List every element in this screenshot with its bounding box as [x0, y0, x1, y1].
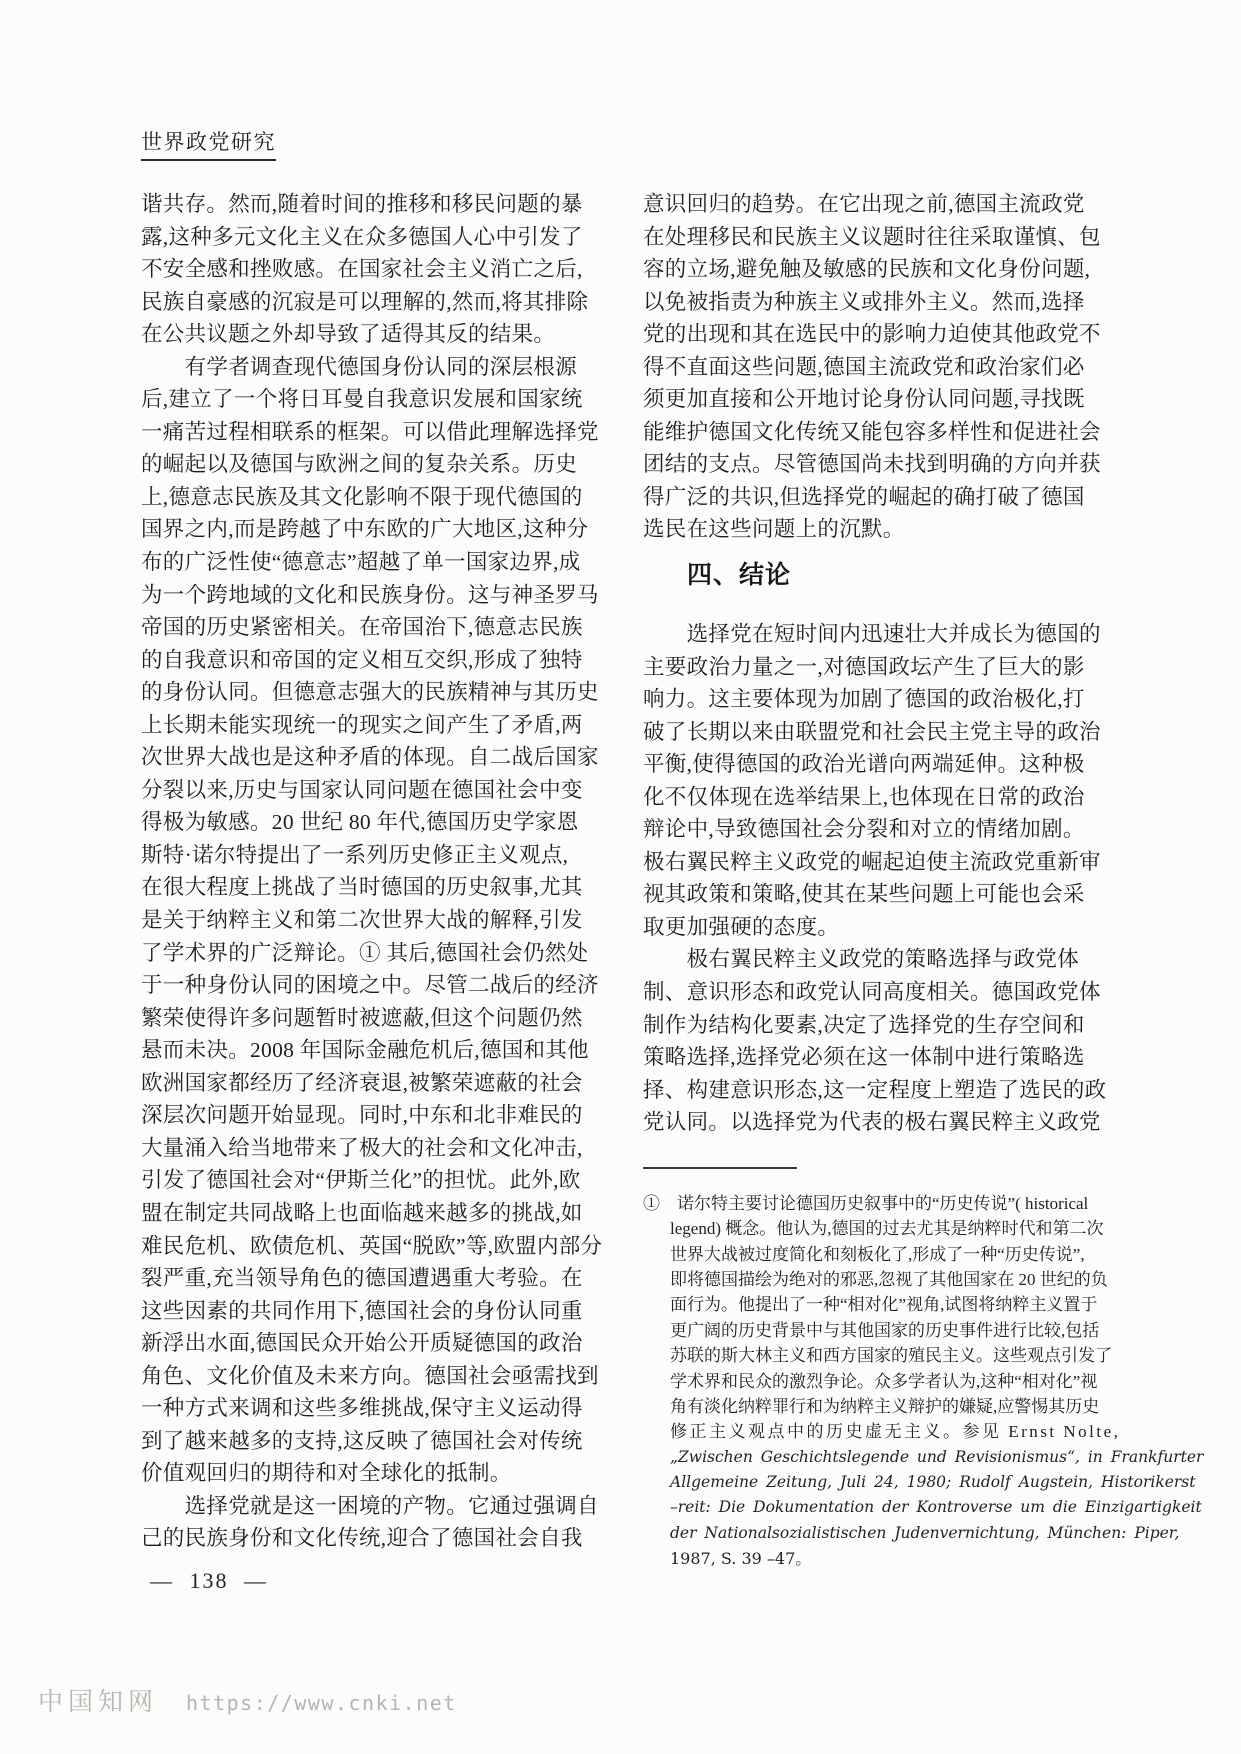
footnote: ① 诺尔特主要讨论德国历史叙事中的“历史传说”( historicallegen… — [643, 1191, 1104, 1572]
text-line: 分裂以来,历史与国家认同问题在德国社会中变 — [141, 774, 597, 807]
text-line: 斯特·诺尔特提出了一系列历史修正主义观点, — [141, 839, 597, 872]
text-line: 一痛苦过程相联系的框架。可以借此理解选择党 — [141, 416, 597, 449]
text-line: 布的广泛性使“德意志”超越了单一国家边界,成 — [141, 546, 597, 579]
text-line: 能维护德国文化传统又能包容多样性和促进社会 — [643, 416, 1104, 449]
text-line: 后,建立了一个将日耳曼自我意识发展和国家统 — [141, 383, 597, 416]
text-line: 平衡,使得德国的政治光谱向两端延伸。这种极 — [643, 748, 1104, 781]
text-line: 的身份认同。但德意志强大的民族精神与其历史 — [141, 676, 597, 709]
text-line: 裂严重,充当领导角色的德国遭遇重大考验。在 — [141, 1262, 597, 1295]
text-line: 难民危机、欧债危机、英国“脱欧”等,欧盟内部分 — [141, 1230, 597, 1263]
text-line: 为一个跨地域的文化和民族身份。这与神圣罗马 — [141, 579, 597, 612]
text-line: 以免被指责为种族主义或排外主义。然而,选择 — [643, 286, 1104, 319]
footnote-line: „Zwischen Geschichtslegende und Revision… — [643, 1445, 1104, 1470]
text-line: 制作为结构化要素,决定了选择党的生存空间和 — [643, 1009, 1104, 1042]
text-line: 在很大程度上挑战了当时德国的历史叙事,尤其 — [141, 871, 597, 904]
text-line: 得广泛的共识,但选择党的崛起的确打破了德国 — [643, 481, 1104, 514]
text-line: 选择党就是这一困境的产物。它通过强调自 — [141, 1490, 597, 1523]
text-line: 欧洲国家都经历了经济衰退,被繁荣遮蔽的社会 — [141, 1067, 597, 1100]
footnote-line: 1987, S. 39 –47。 — [643, 1546, 1104, 1571]
watermark-url: https://www.cnki.net — [186, 1691, 457, 1715]
left-column: 谐共存。然而,随着时间的推移和移民问题的暴露,这种多元文化主义在众多德国人心中引… — [141, 188, 597, 1555]
watermark: 中国知网 https://www.cnki.net — [38, 1682, 457, 1718]
watermark-brand: 中国知网 — [38, 1682, 158, 1718]
text-line: 选民在这些问题上的沉默。 — [643, 513, 1104, 546]
text-line: 盟在制定共同战略上也面临越来越多的挑战,如 — [141, 1197, 597, 1230]
text-line: 的自我意识和帝国的定义相互交织,形成了独特 — [141, 644, 597, 677]
footnote-line: der Nationalsozialistischen Judenvernich… — [643, 1521, 1104, 1546]
footnote-separator — [643, 1167, 797, 1169]
text-line: 价值观回归的期待和对全球化的抵制。 — [141, 1457, 597, 1490]
text-line: 党的出现和其在选民中的影响力迫使其他政党不 — [643, 318, 1104, 351]
footnote-line: 修正主义观点中的历史虚无主义。参见 Ernst Nolte, — [643, 1419, 1104, 1444]
text-line: 极右翼民粹主义政党的策略选择与政党体 — [643, 943, 1104, 976]
text-line: 上,德意志民族及其文化影响不限于现代德国的 — [141, 481, 597, 514]
text-line: 主要政治力量之一,对德国政坛产生了巨大的影 — [643, 651, 1104, 684]
text-line: 在处理移民和民族主义议题时往往采取谨慎、包 — [643, 221, 1104, 254]
text-line: 谐共存。然而,随着时间的推移和移民问题的暴 — [141, 188, 597, 221]
text-line: 须更加直接和公开地讨论身份认同问题,寻找既 — [643, 383, 1104, 416]
text-line: 民族自豪感的沉寂是可以理解的,然而,将其排除 — [141, 286, 597, 319]
footnote-line: ① 诺尔特主要讨论德国历史叙事中的“历史传说”( historical — [643, 1191, 1104, 1216]
footnote-line: legend) 概念。他认为,德国的过去尤其是纳粹时代和第二次 — [643, 1216, 1104, 1241]
page-number: — 138 — — [150, 1566, 268, 1596]
text-line: 角色、文化价值及未来方向。德国社会亟需找到 — [141, 1360, 597, 1393]
text-line: 深层次问题开始显现。同时,中东和北非难民的 — [141, 1099, 597, 1132]
text-line: 策略选择,选择党必须在这一体制中进行策略选 — [643, 1041, 1104, 1074]
text-line: 这些因素的共同作用下,德国社会的身份认同重 — [141, 1295, 597, 1328]
text-line: 党认同。以选择党为代表的极右翼民粹主义政党 — [643, 1106, 1104, 1139]
text-line: 上长期未能实现统一的现实之间产生了矛盾,两 — [141, 709, 597, 742]
text-line: 次世界大战也是这种矛盾的体现。自二战后国家 — [141, 741, 597, 774]
footnote-line: –reit: Die Dokumentation der Kontroverse… — [643, 1495, 1104, 1520]
text-line: 团结的支点。尽管德国尚未找到明确的方向并获 — [643, 448, 1104, 481]
footnote-line: Allgemeine Zeitung, Juli 24, 1980; Rudol… — [643, 1470, 1104, 1495]
text-line: 不安全感和挫败感。在国家社会主义消亡之后, — [141, 253, 597, 286]
text-line: 帝国的历史紧密相关。在帝国治下,德意志民族 — [141, 611, 597, 644]
text-line: 的崛起以及德国与欧洲之间的复杂关系。历史 — [141, 448, 597, 481]
text-line: 大量涌入给当地带来了极大的社会和文化冲击, — [141, 1132, 597, 1165]
text-line: 引发了德国社会对“伊斯兰化”的担忧。此外,欧 — [141, 1164, 597, 1197]
footnote-line: 世界大战被过度简化和刻板化了,形成了一种“历史传说”, — [643, 1242, 1104, 1267]
text-line: 繁荣使得许多问题暂时被遮蔽,但这个问题仍然 — [141, 1002, 597, 1035]
footnote-line: 即将德国描绘为绝对的邪恶,忽视了其他国家在 20 世纪的负 — [643, 1267, 1104, 1292]
text-line: 选择党在短时间内迅速壮大并成长为德国的 — [643, 618, 1104, 651]
text-line: 极右翼民粹主义政党的崛起迫使主流政党重新审 — [643, 846, 1104, 879]
section-heading: 四、结论 — [687, 560, 1104, 591]
text-line: 一种方式来调和这些多维挑战,保守主义运动得 — [141, 1392, 597, 1425]
footnote-line: 面行为。他提出了一种“相对化”视角,试图将纳粹主义置于 — [643, 1292, 1104, 1317]
text-line: 露,这种多元文化主义在众多德国人心中引发了 — [141, 221, 597, 254]
text-line: 化不仅体现在选举结果上,也体现在日常的政治 — [643, 781, 1104, 814]
text-line: 己的民族身份和文化传统,迎合了德国社会自我 — [141, 1522, 597, 1555]
footnote-line: 更广阔的历史背景中与其他国家的历史事件进行比较,包括 — [643, 1318, 1104, 1343]
text-line: 响力。这主要体现为加剧了德国的政治极化,打 — [643, 683, 1104, 716]
text-line: 视其政策和策略,使其在某些问题上可能也会采 — [643, 878, 1104, 911]
text-line: 到了越来越多的支持,这反映了德国社会对传统 — [141, 1425, 597, 1458]
text-line: 破了长期以来由联盟党和社会民主党主导的政治 — [643, 716, 1104, 749]
text-line: 制、意识形态和政党认同高度相关。德国政党体 — [643, 976, 1104, 1009]
footnote-line: 角有淡化纳粹罪行和为纳粹主义辩护的嫌疑,应警惕其历史 — [643, 1394, 1104, 1419]
text-line: 在公共议题之外却导致了适得其反的结果。 — [141, 318, 597, 351]
text-line: 择、构建意识形态,这一定程度上塑造了选民的政 — [643, 1074, 1104, 1107]
text-line: 了学术界的广泛辩论。① 其后,德国社会仍然处 — [141, 937, 597, 970]
text-line: 意识回归的趋势。在它出现之前,德国主流政党 — [643, 188, 1104, 221]
text-line: 取更加强硬的态度。 — [643, 911, 1104, 944]
text-line: 新浮出水面,德国民众开始公开质疑德国的政治 — [141, 1327, 597, 1360]
text-line: 得极为敏感。20 世纪 80 年代,德国历史学家恩 — [141, 806, 597, 839]
text-line: 辩论中,导致德国社会分裂和对立的情绪加剧。 — [643, 813, 1104, 846]
running-header: 世界政党研究 — [141, 130, 276, 161]
footnote-line: 学术界和民众的激烈争论。众多学者认为,这种“相对化”视 — [643, 1369, 1104, 1394]
text-line: 容的立场,避免触及敏感的民族和文化身份问题, — [643, 253, 1104, 286]
right-column: 意识回归的趋势。在它出现之前,德国主流政党在处理移民和民族主义议题时往往采取谨慎… — [643, 188, 1104, 1572]
footnote-line: 苏联的斯大林主义和西方国家的殖民主义。这些观点引发了 — [643, 1343, 1104, 1368]
text-line: 国界之内,而是跨越了中东欧的广大地区,这种分 — [141, 513, 597, 546]
text-line: 悬而未决。2008 年国际金融危机后,德国和其他 — [141, 1034, 597, 1067]
right-column-bottom: 选择党在短时间内迅速壮大并成长为德国的主要政治力量之一,对德国政坛产生了巨大的影… — [643, 618, 1104, 1139]
text-line: 有学者调查现代德国身份认同的深层根源 — [141, 351, 597, 384]
right-column-top: 意识回归的趋势。在它出现之前,德国主流政党在处理移民和民族主义议题时往往采取谨慎… — [643, 188, 1104, 546]
text-line: 于一种身份认同的困境之中。尽管二战后的经济 — [141, 969, 597, 1002]
text-line: 得不直面这些问题,德国主流政党和政治家们必 — [643, 351, 1104, 384]
text-line: 是关于纳粹主义和第二次世界大战的解释,引发 — [141, 904, 597, 937]
